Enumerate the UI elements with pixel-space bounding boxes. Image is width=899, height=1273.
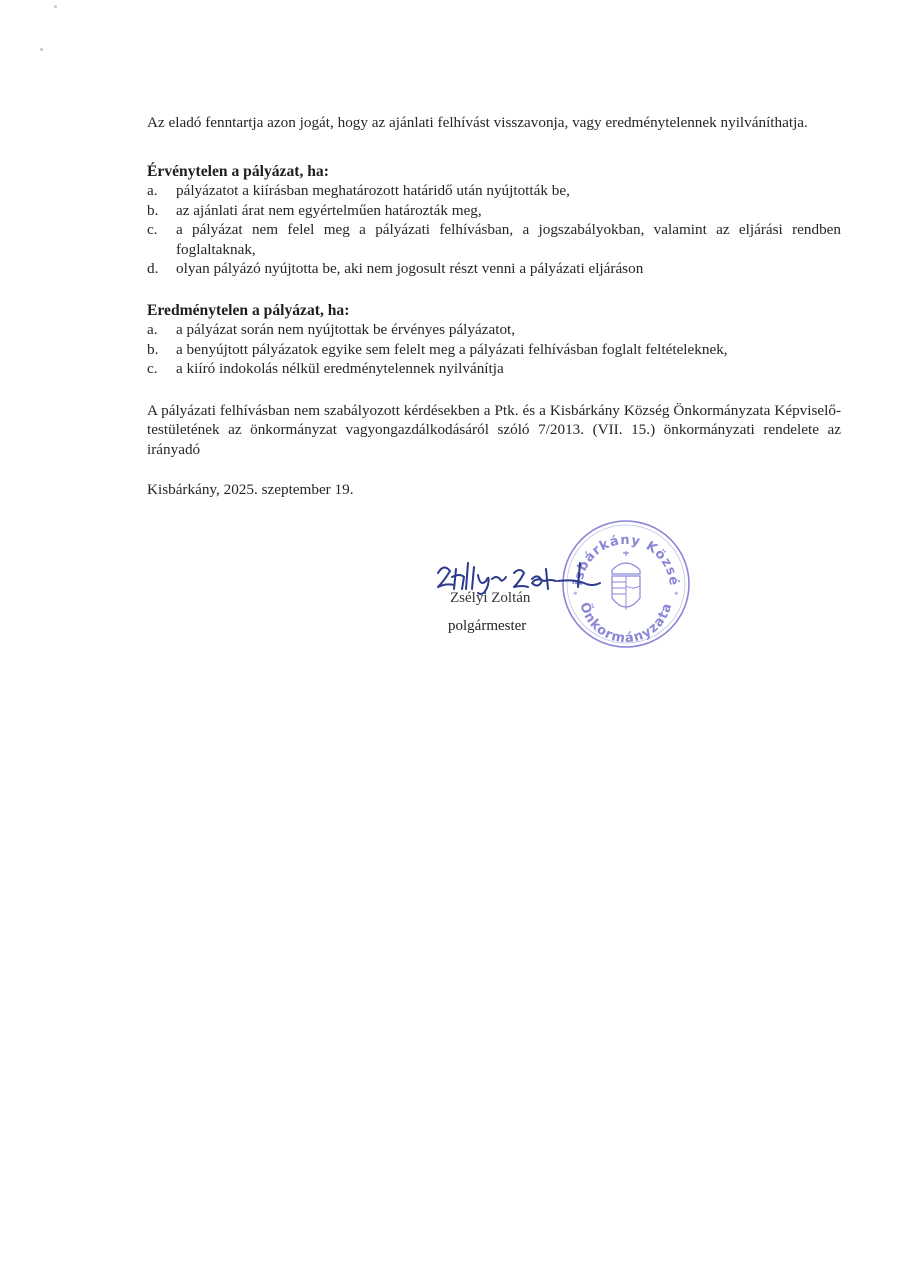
document-page: Az eladó fenntartja azon jogát, hogy az …	[147, 113, 841, 500]
list-marker: c.	[147, 359, 158, 379]
list-item-text: a pályázat nem felel meg a pályázati fel…	[176, 221, 841, 258]
list-item: c. a kiíró indokolás nélkül eredménytele…	[147, 359, 841, 379]
unsuccessful-conditions-list: a. a pályázat során nem nyújtottak be ér…	[147, 320, 841, 379]
list-item: d. olyan pályázó nyújtotta be, aki nem j…	[147, 259, 841, 279]
list-marker: a.	[147, 320, 158, 340]
unsuccessful-conditions-section: Eredménytelen a pályázat, ha: a. a pályá…	[147, 301, 841, 379]
svg-text:*: *	[674, 590, 679, 600]
list-item: c. a pályázat nem felel meg a pályázati …	[147, 220, 841, 259]
list-item: a. a pályázat során nem nyújtottak be ér…	[147, 320, 841, 340]
intro-paragraph: Az eladó fenntartja azon jogát, hogy az …	[147, 113, 841, 133]
governing-law-paragraph: A pályázati felhívásban nem szabályozott…	[147, 401, 841, 460]
list-marker: b.	[147, 201, 158, 221]
unsuccessful-conditions-heading: Eredménytelen a pályázat, ha:	[147, 301, 841, 321]
invalid-conditions-list: a. pályázatot a kiírásban meghatározott …	[147, 181, 841, 279]
invalid-conditions-section: Érvénytelen a pályázat, ha: a. pályázato…	[147, 162, 841, 279]
scan-speck	[40, 48, 43, 51]
list-item-text: a benyújtott pályázatok egyike sem felel…	[176, 341, 728, 358]
list-marker: d.	[147, 259, 158, 279]
invalid-conditions-heading: Érvénytelen a pályázat, ha:	[147, 162, 841, 182]
list-marker: b.	[147, 340, 158, 360]
signer-title: polgármester	[448, 618, 526, 635]
list-item-text: az ajánlati árat nem egyértelműen határo…	[176, 202, 482, 219]
signature-block: Zsélyi Zoltán polgármester	[420, 555, 580, 645]
list-marker: a.	[147, 181, 158, 201]
list-item: b. az ajánlati árat nem egyértelműen hat…	[147, 201, 841, 221]
list-item-text: a kiíró indokolás nélkül eredménytelenne…	[176, 360, 504, 377]
list-item: b. a benyújtott pályázatok egyike sem fe…	[147, 340, 841, 360]
list-item-text: olyan pályázó nyújtotta be, aki nem jogo…	[176, 260, 643, 277]
list-item-text: a pályázat során nem nyújtottak be érvén…	[176, 321, 515, 338]
place-date: Kisbárkány, 2025. szeptember 19.	[147, 480, 841, 500]
list-marker: c.	[147, 220, 158, 240]
list-item-text: pályázatot a kiírásban meghatározott hat…	[176, 182, 570, 199]
list-item: a. pályázatot a kiírásban meghatározott …	[147, 181, 841, 201]
signer-name: Zsélyi Zoltán	[450, 590, 530, 607]
scan-speck	[54, 5, 57, 8]
